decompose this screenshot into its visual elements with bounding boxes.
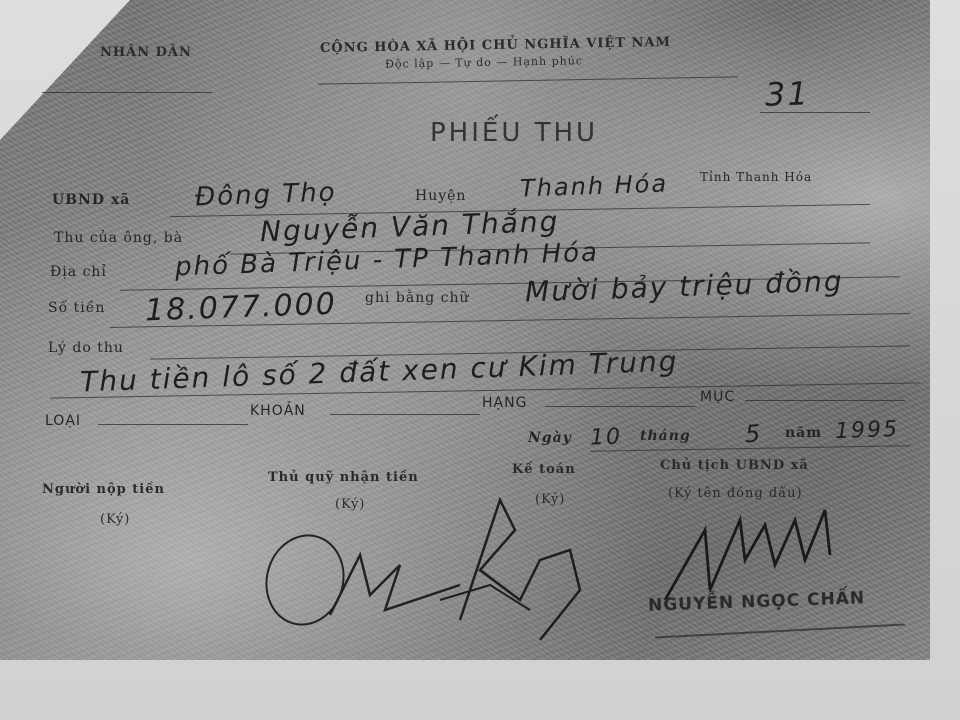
ubnd-label: UBND xã (52, 192, 130, 208)
receipt-number-line (760, 112, 870, 113)
receipt-number: 31 (764, 74, 810, 114)
amount-value: 18.077.000 (144, 287, 337, 329)
accountant-signature (420, 490, 590, 664)
loai-line (98, 424, 248, 425)
left-org-underline (42, 92, 212, 93)
address-label: Địa chỉ (50, 264, 107, 280)
amount-words-label: ghi bằng chữ (365, 290, 470, 306)
province-text: Tỉnh Thanh Hóa (700, 170, 812, 184)
signer-chairman-note: (Ký tên đóng dấu) (668, 486, 803, 501)
hang-line (545, 406, 695, 407)
signer-cashier-role: Thủ quỹ nhận tiền (268, 470, 419, 485)
amount-label: Số tiền (48, 300, 105, 316)
ubnd-value: Đông Thọ (195, 178, 338, 213)
date-month-label: tháng (640, 428, 691, 444)
signer-cashier-note: (Ký) (335, 497, 365, 512)
district-label: Huyện (415, 188, 466, 204)
signer-accountant-role: Kế toán (512, 462, 576, 477)
signer-payer-role: Người nộp tiền (42, 482, 165, 497)
district-value: Thanh Hóa (520, 169, 669, 202)
date-month-value: 5 (745, 420, 763, 449)
khoan-line (330, 414, 480, 415)
muc-line (745, 400, 905, 401)
date-year-label: năm (785, 425, 822, 441)
hang-label: HẠNG (482, 395, 527, 411)
signer-chairman-role: Chủ tịch UBND xã (660, 458, 809, 473)
payer-label: Thu của ông, bà (54, 230, 183, 246)
loai-label: LOẠI (45, 413, 81, 429)
muc-label: MỤC (700, 389, 735, 405)
khoan-label: KHOẢN (250, 403, 306, 419)
document-title: PHIẾU THU (430, 118, 598, 148)
reason-label: Lý do thu (48, 340, 124, 356)
date-day-label: Ngày (528, 430, 572, 446)
date-day-value: 10 (590, 424, 623, 450)
left-org-heading: NHÂN DÂN (100, 45, 192, 60)
date-year-value: 1995 (835, 417, 900, 444)
signer-payer-note: (Ký) (100, 512, 130, 527)
